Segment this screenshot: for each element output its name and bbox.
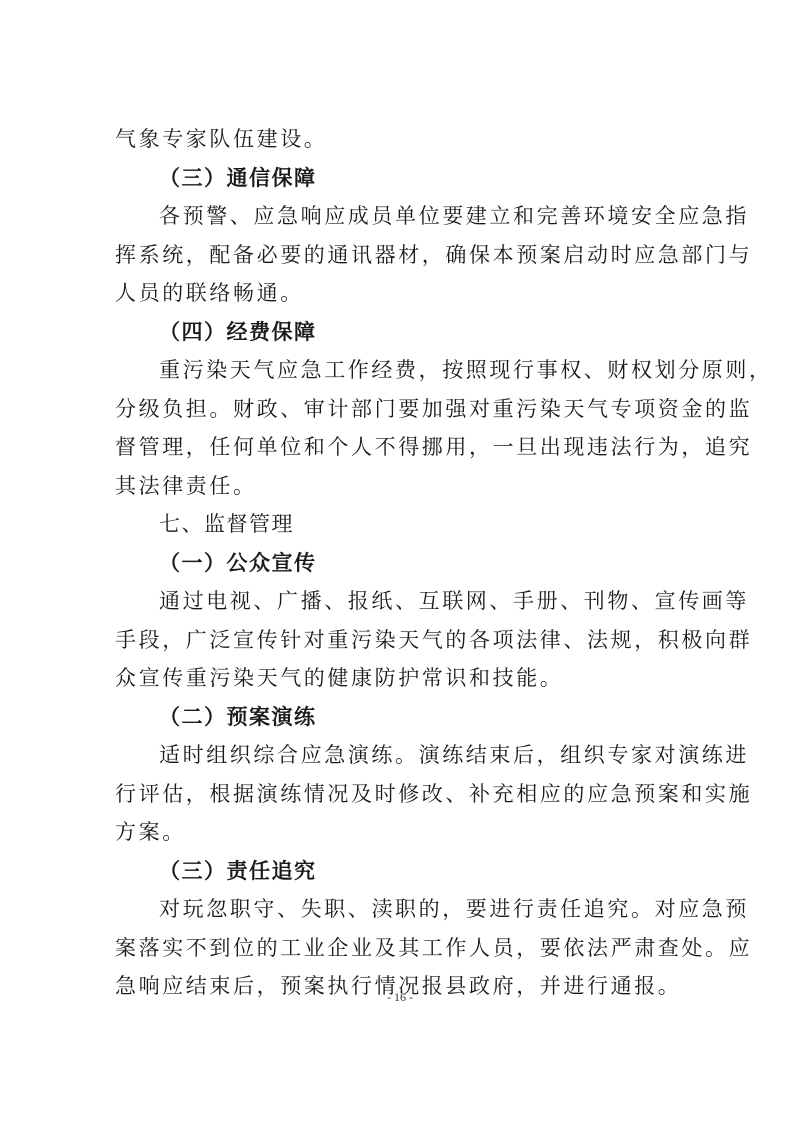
body-text-line: 人员的联络畅通。 [115, 274, 687, 313]
paragraph-funding: 重污染天气应急工作经费，按照现行事权、财权划分原则， 分级负担。财政、审计部门要… [115, 351, 687, 505]
body-text-line: 案落实不到位的工业企业及其工作人员，要依法严肃查处。应 [115, 929, 687, 968]
body-text-line: 众宣传重污染天气的健康防护常识和技能。 [115, 659, 687, 698]
section-heading-drills: （二）预案演练 [115, 698, 687, 737]
paragraph-communication: 各预警、应急响应成员单位要建立和完善环境安全应急指 挥系统，配备必要的通讯器材，… [115, 197, 687, 313]
body-text-line: 行评估，根据演练情况及时修改、补充相应的应急预案和实施 [115, 775, 687, 814]
section-heading-funding: （四）经费保障 [115, 313, 687, 352]
document-page: 气象专家队伍建设。 （三）通信保障 各预警、应急响应成员单位要建立和完善环境安全… [115, 120, 687, 1006]
paragraph-publicity: 通过电视、广播、报纸、互联网、手册、刊物、宣传画等 手段，广泛宣传针对重污染天气… [115, 582, 687, 698]
body-text-line: 挥系统，配备必要的通讯器材，确保本预案启动时应急部门与 [115, 236, 687, 275]
body-text-line: 其法律责任。 [115, 467, 687, 506]
section-heading-publicity: （一）公众宣传 [115, 544, 687, 583]
body-text-line: 手段，广泛宣传针对重污染天气的各项法律、法规，积极向群 [115, 621, 687, 660]
paragraph-accountability: 对玩忽职守、失职、渎职的，要进行责任追究。对应急预 案落实不到位的工业企业及其工… [115, 890, 687, 1006]
page-number: - 16 - [0, 990, 800, 1005]
section-heading-accountability: （三）责任追究 [115, 852, 687, 891]
body-text-line: 适时组织综合应急演练。演练结束后，组织专家对演练进 [115, 736, 687, 775]
paragraph-drills: 适时组织综合应急演练。演练结束后，组织专家对演练进 行评估，根据演练情况及时修改… [115, 736, 687, 852]
chapter-heading-supervision: 七、监督管理 [115, 505, 687, 544]
body-text-line: 各预警、应急响应成员单位要建立和完善环境安全应急指 [115, 197, 687, 236]
body-text-line: 重污染天气应急工作经费，按照现行事权、财权划分原则， [115, 351, 687, 390]
body-text-line: 对玩忽职守、失职、渎职的，要进行责任追究。对应急预 [115, 890, 687, 929]
body-text-line: 气象专家队伍建设。 [115, 120, 687, 159]
body-text-line: 分级负担。财政、审计部门要加强对重污染天气专项资金的监 [115, 390, 687, 429]
body-text-line: 通过电视、广播、报纸、互联网、手册、刊物、宣传画等 [115, 582, 687, 621]
section-heading-communication: （三）通信保障 [115, 159, 687, 198]
body-text-line: 督管理，任何单位和个人不得挪用，一旦出现违法行为，追究 [115, 428, 687, 467]
body-text-line: 方案。 [115, 813, 687, 852]
